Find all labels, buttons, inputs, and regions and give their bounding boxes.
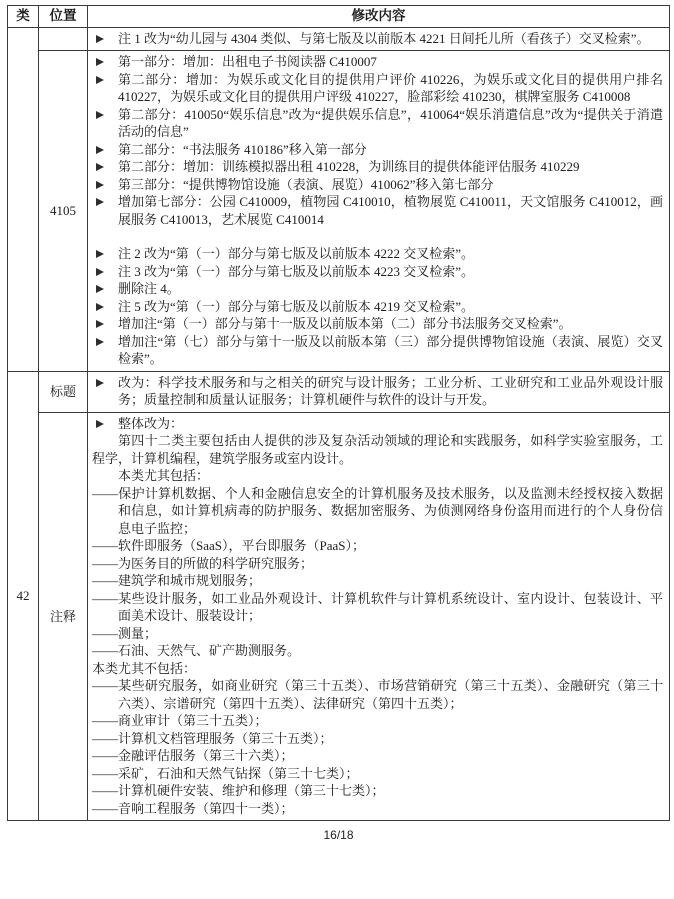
note-paragraph: ——为医务目的所做的科学研究服务；: [92, 555, 663, 573]
modification-text: 第三部分：“提供博物馆设施（表演、展览）410062”移入第七部分: [118, 176, 663, 194]
modification-text: 增加注“第（一）部分与第十一版及以前版本第（二）部分书法服务交叉检索”。: [118, 315, 663, 333]
list-item: 第二部分：410050“娱乐信息”改为“提供娱乐信息”，410064“娱乐消遣信…: [92, 106, 663, 141]
list-item: 第二部分：增加：训练模拟器出租 410228，为训练目的提供体能评估服务 410…: [92, 158, 663, 176]
note-paragraph: ——保护计算机数据、个人和金融信息安全的计算机服务及技术服务，以及监测未经授权接…: [92, 485, 663, 538]
class-group-41: 注 1 改为“幼儿园与 4304 类似、与第七版及以前版本 4221 日间托儿所…: [8, 27, 669, 371]
class-group-42: 42 标题 改为：科学技术服务和与之相关的研究与设计服务；工业分析、工业研究和工…: [8, 371, 669, 821]
note-paragraph: ——某些研究服务，如商业研究（第三十五类）、市场营销研究（第三十五类）、金融研究…: [92, 677, 663, 712]
position-cell-title: 标题: [39, 372, 88, 412]
note-paragraph: ——测量；: [92, 625, 663, 643]
note-paragraph: ——软件即服务（SaaS），平台即服务（PaaS）；: [92, 537, 663, 555]
table-row: 标题 改为：科学技术服务和与之相关的研究与设计服务；工业分析、工业研究和工业品外…: [39, 372, 669, 412]
modification-text: 注 1 改为“幼儿园与 4304 类似、与第七版及以前版本 4221 日间托儿所…: [118, 30, 663, 48]
arrow-right-icon: [92, 298, 118, 316]
modification-text: 第二部分：“书法服务 410186”移入第一部分: [118, 141, 663, 159]
arrow-right-icon: [92, 263, 118, 281]
list-item: 注 5 改为“第（一）部分与第七版及以前版本 4219 交叉检索”。: [92, 298, 663, 316]
modification-text: 整体改为：: [118, 415, 663, 433]
note-paragraph: ——建筑学和城市规划服务；: [92, 572, 663, 590]
list-item: 增加注“第（一）部分与第十一版及以前版本第（二）部分书法服务交叉检索”。: [92, 315, 663, 333]
list-item: 增加注“第（七）部分与第十一版及以前版本第（三）部分提供博物馆设施（表演、展览）…: [92, 333, 663, 368]
arrow-right-icon: [92, 315, 118, 333]
column-header-position: 位置: [39, 6, 88, 27]
arrow-right-icon: [92, 106, 118, 141]
modification-text: 第二部分：410050“娱乐信息”改为“提供娱乐信息”，410064“娱乐消遣信…: [118, 106, 663, 141]
list-item: 第二部分：增加：为娱乐或文化目的提供用户评价 410226，为娱乐或文化目的提供…: [92, 71, 663, 106]
note-paragraph: ——计算机文档管理服务（第三十五类）；: [92, 730, 663, 748]
page-number: 16/18: [7, 828, 670, 842]
arrow-right-icon: [92, 53, 118, 71]
note-paragraph: ——金融评估服务（第三十六类）；: [92, 747, 663, 765]
modification-table: 类 位置 修改内容 注 1 改为“幼儿园与 4304 类似、与第七版及以前版本 …: [7, 5, 670, 821]
list-item: 第二部分：“书法服务 410186”移入第一部分: [92, 141, 663, 159]
note-paragraph: 本类尤其包括：: [92, 467, 663, 485]
note-paragraph: 本类尤其不包括：: [92, 660, 663, 678]
modification-text: 改为：科学技术服务和与之相关的研究与设计服务；工业分析、工业研究和工业品外观设计…: [118, 374, 663, 409]
arrow-right-icon: [92, 141, 118, 159]
arrow-right-icon: [92, 193, 118, 228]
arrow-right-icon: [92, 158, 118, 176]
list-item: 注 2 改为“第（一）部分与第七版及以前版本 4222 交叉检索”。: [92, 245, 663, 263]
modification-text: 注 5 改为“第（一）部分与第七版及以前版本 4219 交叉检索”。: [118, 298, 663, 316]
note-paragraph: ——商业审计（第三十五类）；: [92, 712, 663, 730]
list-item: 删除注 4。: [92, 280, 663, 298]
modification-text: 第二部分：增加：为娱乐或文化目的提供用户评价 410226，为娱乐或文化目的提供…: [118, 71, 663, 106]
arrow-right-icon: [92, 71, 118, 106]
modification-text: 注 3 改为“第（一）部分与第七版及以前版本 4223 交叉检索”。: [118, 263, 663, 281]
document-page: 类 位置 修改内容 注 1 改为“幼儿园与 4304 类似、与第七版及以前版本 …: [7, 5, 670, 842]
note-paragraph: ——采矿，石油和天然气钻探（第三十七类）；: [92, 765, 663, 783]
position-cell-4105: 4105: [39, 51, 88, 371]
arrow-right-icon: [92, 333, 118, 368]
note-paragraph: 第四十二类主要包括由人提供的涉及复杂活动领域的理论和实践服务，如科学实验室服务，…: [92, 432, 663, 467]
note-paragraph: ——石油、天然气、矿产勘测服务。: [92, 642, 663, 660]
list-item: 改为：科学技术服务和与之相关的研究与设计服务；工业分析、工业研究和工业品外观设计…: [92, 374, 663, 409]
arrow-right-icon: [92, 415, 118, 433]
modification-text: 增加第七部分：公园 C410009，植物园 C410010，植物展览 C4100…: [118, 193, 663, 228]
arrow-right-icon: [92, 245, 118, 263]
arrow-right-icon: [92, 30, 118, 48]
arrow-right-icon: [92, 280, 118, 298]
list-item: 第三部分：“提供博物馆设施（表演、展览）410062”移入第七部分: [92, 176, 663, 194]
note-paragraph: ——计算机硬件安装、维护和修理（第三十七类）；: [92, 782, 663, 800]
class-note-body: 第四十二类主要包括由人提供的涉及复杂活动领域的理论和实践服务，如科学实验室服务，…: [92, 432, 663, 817]
column-header-content: 修改内容: [88, 6, 669, 27]
list-item: 增加第七部分：公园 C410009，植物园 C410010，植物展览 C4100…: [92, 193, 663, 228]
modification-text: 删除注 4。: [118, 280, 663, 298]
note-paragraph: ——某些设计服务，如工业品外观设计、计算机软件与计算机系统设计、室内设计、包装设…: [92, 590, 663, 625]
table-header-row: 类 位置 修改内容: [8, 6, 669, 27]
list-item: 注 1 改为“幼儿园与 4304 类似、与第七版及以前版本 4221 日间托儿所…: [92, 30, 663, 48]
modification-text: 第二部分：增加：训练模拟器出租 410228，为训练目的提供体能评估服务 410…: [118, 158, 663, 176]
class-cell-empty: [8, 28, 39, 371]
table-row: 注释 整体改为： 第四十二类主要包括由人提供的涉及复杂活动领域的理论和实践服务，…: [39, 412, 669, 821]
list-item: 注 3 改为“第（一）部分与第七版及以前版本 4223 交叉检索”。: [92, 263, 663, 281]
arrow-right-icon: [92, 374, 118, 409]
modification-text: 注 2 改为“第（一）部分与第七版及以前版本 4222 交叉检索”。: [118, 245, 663, 263]
note-paragraph: ——音响工程服务（第四十一类）；: [92, 800, 663, 818]
arrow-right-icon: [92, 176, 118, 194]
list-item: 第一部分：增加：出租电子书阅读器 C410007: [92, 53, 663, 71]
table-row: 注 1 改为“幼儿园与 4304 类似、与第七版及以前版本 4221 日间托儿所…: [39, 28, 669, 51]
list-item: 整体改为：: [92, 415, 663, 433]
column-header-class: 类: [8, 6, 39, 27]
position-cell-empty: [39, 28, 88, 51]
table-row: 4105 第一部分：增加：出租电子书阅读器 C410007 第二部分：增加：为娱…: [39, 50, 669, 371]
class-cell-42: 42: [8, 372, 39, 821]
modification-text: 增加注“第（七）部分与第十一版及以前版本第（三）部分提供博物馆设施（表演、展览）…: [118, 333, 663, 368]
position-cell-note: 注释: [39, 413, 88, 821]
modification-text: 第一部分：增加：出租电子书阅读器 C410007: [118, 53, 663, 71]
